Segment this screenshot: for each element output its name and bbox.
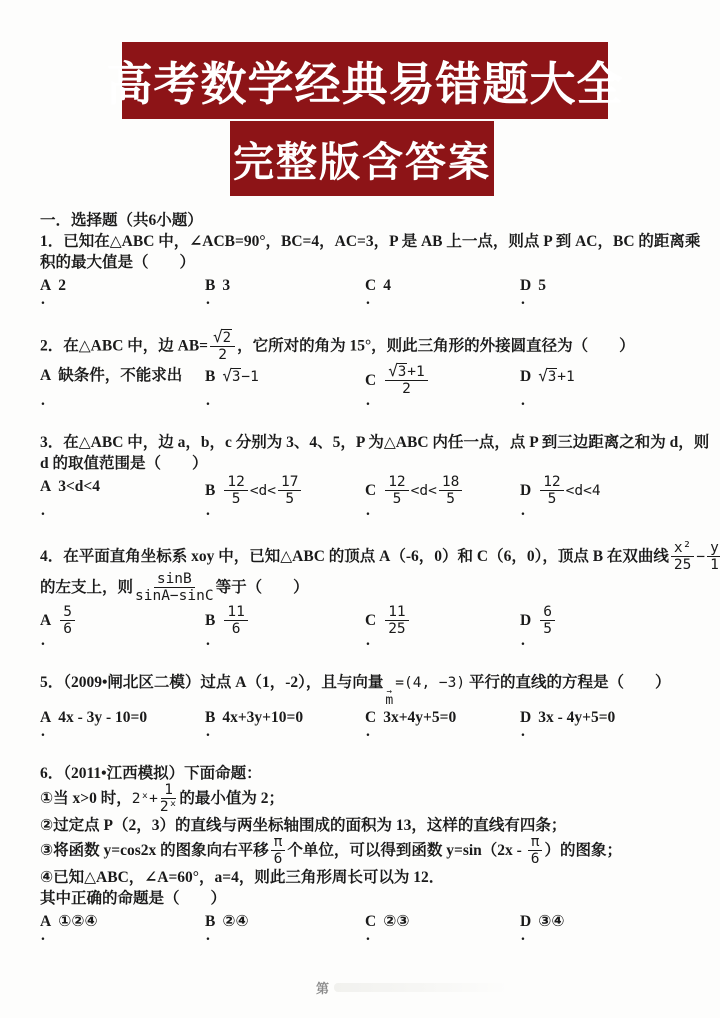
fraction: 185 (439, 475, 462, 506)
math-run: 6 (531, 851, 540, 867)
option-B: B②④. (205, 911, 365, 947)
math-run: <d<4 (566, 483, 601, 499)
option-label: C (365, 482, 376, 499)
option-period: . (41, 390, 45, 411)
question-line: 3．在△ABC 中，边 a，b，c 分别为 3、4、5，P 为△ABC 内任一点… (40, 432, 700, 453)
option-C: C√3+12. (365, 365, 520, 412)
fraction-numerator: 12 (540, 475, 563, 491)
option-period: . (206, 630, 210, 651)
fraction-numerator: √3+1 (385, 364, 428, 381)
options-row: A56.B116.C1125.D65. (40, 606, 700, 652)
fraction-denominator: 6 (232, 621, 241, 636)
option-period: . (521, 500, 525, 521)
fraction-numerator: sinB (154, 572, 195, 588)
option-A: A4x - 3y - 10=0. (40, 707, 205, 743)
text-run: 4x - 3y - 10=0 (58, 709, 147, 726)
math-run: y² (710, 541, 720, 555)
title-banner-top: 高考数学经典易错题大全 (122, 42, 608, 119)
math-run: 5 (543, 621, 552, 637)
option-period: . (41, 925, 45, 946)
page-footer: 第 (316, 978, 509, 997)
fraction: 116 (224, 605, 247, 636)
option-value: 4x+3y+10=0 (222, 709, 303, 726)
option-value: 125<d<4 (538, 482, 600, 499)
option-label: D (520, 368, 531, 385)
text-run: 积的最大值是（ ） (40, 254, 195, 271)
option-D: D√3+1. (520, 365, 700, 412)
question-1: 1．已知在△ABC 中，∠ACB=90°，BC=4，AC=3，P 是 AB 上一… (40, 231, 700, 311)
option-period: . (206, 500, 210, 521)
fraction-numerator: 11 (224, 605, 247, 621)
question-line: ④已知△ABC，∠A=60°，a=4，则此三角形周长可以为 12． (40, 867, 700, 888)
math-run: 12 (227, 475, 244, 489)
math-run: 25 (388, 621, 405, 637)
option-label: A (40, 612, 51, 629)
math-run: 25 (674, 557, 691, 573)
fraction-numerator: x² (671, 541, 694, 557)
fraction-denominator: 5 (548, 491, 557, 506)
question-line: 1．已知在△ABC 中，∠ACB=90°，BC=4，AC=3，P 是 AB 上一… (40, 231, 700, 252)
text-run: 3<d<4 (58, 478, 100, 495)
option-period: . (41, 500, 45, 521)
option-value: ②④ (222, 913, 248, 930)
question-line: 积的最大值是（ ） (40, 252, 700, 273)
option-B: B√3−1. (205, 365, 365, 412)
options-row: A缺条件，不能求出.B√3−1.C√3+12.D√3+1. (40, 365, 700, 412)
option-period: . (41, 289, 45, 310)
math-run: −1 (241, 369, 258, 385)
math-run: 5 (548, 491, 557, 507)
option-value: 2 (58, 277, 66, 294)
math-run: +1 (407, 365, 424, 379)
option-value: 56 (58, 612, 77, 629)
option-value: 5 (538, 277, 546, 294)
question-line: d 的取值范围是（ ） (40, 453, 700, 474)
question-line: ①当 x>0 时，2ˣ+12ˣ的最小值为 2； (40, 784, 700, 815)
option-value: 65 (538, 612, 557, 629)
options-row: A4x - 3y - 10=0.B4x+3y+10=0.C3x+4y+5=0.D… (40, 707, 700, 743)
math-run: <d< (411, 483, 437, 499)
option-D: D5. (520, 275, 700, 311)
fraction-denominator: 6 (63, 621, 72, 636)
option-value: ③④ (538, 913, 564, 930)
text-run: 3 (222, 277, 230, 294)
option-label: B (205, 612, 215, 629)
title-line2: 完整版含答案 (233, 129, 491, 188)
math-run: 5 (393, 491, 402, 507)
option-label: A (40, 478, 51, 495)
option-period: . (206, 721, 210, 742)
fraction-denominator: 5 (543, 621, 552, 636)
option-B: B3. (205, 275, 365, 311)
text-run: 平行的直线的方程是（ ） (465, 674, 670, 691)
option-C: C②③. (365, 911, 520, 947)
math-run: 11 (227, 605, 244, 619)
option-label: B (205, 368, 215, 385)
option-value: √3+12 (383, 372, 430, 389)
option-period: . (521, 630, 525, 651)
sqrt-expression: √2 (213, 330, 232, 345)
option-C: C1125. (365, 606, 520, 652)
text-run: 2．在△ABC 中，边 AB= (40, 338, 208, 355)
option-value: √3−1 (222, 368, 259, 385)
question-list: 1．已知在△ABC 中，∠ACB=90°，BC=4，AC=3，P 是 AB 上一… (40, 231, 700, 947)
fraction: 125 (540, 475, 563, 506)
fraction: 175 (278, 475, 301, 506)
option-A: A①②④. (40, 911, 205, 947)
radicand: 3 (231, 368, 241, 385)
option-period: . (206, 390, 210, 411)
math-run: 6 (63, 621, 72, 637)
math-run: 2ˣ (160, 799, 177, 815)
option-label: D (520, 612, 531, 629)
math-run: 11 (710, 557, 720, 573)
text-run: 的最小值为 2； (179, 790, 284, 807)
exam-content: 一．选择题（共6小题） 1．已知在△ABC 中，∠ACB=90°，BC=4，AC… (40, 210, 700, 947)
fraction-denominator: 25 (388, 621, 405, 636)
question-3: 3．在△ABC 中，边 a，b，c 分别为 3、4、5，P 为△ABC 内任一点… (40, 432, 700, 522)
option-D: D65. (520, 606, 700, 652)
question-5: 5．（2009•闸北区二模）过点 A（1，-2），且与向量→m=(4, −3) … (40, 672, 700, 743)
option-value: 3x - 4y+5=0 (538, 709, 615, 726)
radicand: 2 (222, 329, 232, 346)
math-run: 5 (446, 491, 455, 507)
option-value: 116 (222, 612, 249, 629)
vector-letter: m (385, 696, 393, 705)
math-run: 1 (164, 783, 173, 797)
fraction: sinBsinA−sinC (135, 572, 214, 603)
question-line: ③将函数 y=cos2x 的图象向右平移π6个单位，可以得到函数 y=sin（2… (40, 836, 700, 867)
math-run: 5 (285, 491, 294, 507)
option-period: . (521, 925, 525, 946)
radicand: 3 (397, 363, 407, 380)
option-A: A2. (40, 275, 205, 311)
fraction-numerator: π (528, 835, 543, 851)
option-period: . (521, 721, 525, 742)
options-row: A3<d<4.B125<d<175.C125<d<185.D125<d<4. (40, 476, 700, 522)
text-run: 3．在△ABC 中，边 a，b，c 分别为 3、4、5，P 为△ABC 内任一点… (40, 434, 709, 451)
title-line1: 高考数学经典易错题大全 (107, 48, 624, 114)
option-label: B (205, 482, 215, 499)
option-period: . (521, 289, 525, 310)
math-run: 2 (218, 347, 227, 363)
math-run: sinA−sinC (135, 588, 214, 604)
question-line: 5．（2009•闸北区二模）过点 A（1，-2），且与向量→m=(4, −3) … (40, 672, 700, 705)
math-run: x² (674, 541, 691, 555)
text-run: 等于（ ） (216, 579, 309, 596)
math-run: − (696, 549, 705, 565)
text-run: ②③ (383, 913, 409, 930)
sqrt-expression: √3 (538, 369, 557, 385)
fraction-denominator: sinA−sinC (135, 588, 214, 603)
fraction: π6 (528, 835, 543, 866)
fraction-denominator: 5 (232, 491, 241, 506)
question-line: 其中正确的命题是（ ） (40, 888, 700, 909)
option-value: 125<d<175 (222, 482, 303, 499)
section-header: 一．选择题（共6小题） (40, 210, 700, 231)
math-run: <d< (250, 483, 276, 499)
text-run: ④已知△ABC，∠A=60°，a=4，则此三角形周长可以为 12． (40, 869, 444, 886)
math-run: 12 (388, 475, 405, 489)
text-run: 个单位，可以得到函数 y=sin（2x - (287, 842, 525, 859)
math-run: 6 (232, 621, 241, 637)
fraction-denominator: 25 (674, 557, 691, 572)
fraction: x²25 (671, 541, 694, 572)
fraction-numerator: 5 (60, 605, 75, 621)
radicand: 3 (547, 368, 557, 385)
option-period: . (206, 925, 210, 946)
page-footer-label: 第 (316, 978, 329, 997)
fraction-denominator: 5 (285, 491, 294, 506)
option-label: D (520, 482, 531, 499)
question-line: 4．在平面直角坐标系 xoy 中，已知△ABC 的顶点 A（-6，0）和 C（6… (40, 542, 700, 573)
text-run: 其中正确的命题是（ ） (40, 890, 226, 907)
text-run: 4 (383, 277, 391, 294)
fraction-denominator: 6 (274, 851, 283, 866)
math-run: 11 (388, 605, 405, 619)
option-value: 3 (222, 277, 230, 294)
text-run: ）的图象； (544, 842, 622, 859)
option-D: D③④. (520, 911, 700, 947)
fraction: 125 (224, 475, 247, 506)
option-label: C (365, 612, 376, 629)
math-run: 6 (543, 605, 552, 619)
fraction-numerator: 11 (385, 605, 408, 621)
option-period: . (41, 721, 45, 742)
option-value: 3<d<4 (58, 478, 100, 495)
text-run: ，它所对的角为 15°，则此三角形的外接圆直径为（ ） (237, 338, 635, 355)
question-line: ②过定点 P（2，3）的直线与两坐标轴围成的面积为 13，这样的直线有四条； (40, 815, 700, 836)
options-row: A①②④.B②④.C②③.D③④. (40, 911, 700, 947)
fraction-denominator: 2 (218, 347, 227, 362)
option-period: . (366, 289, 370, 310)
question-6: 6．（2011•江西模拟）下面命题：①当 x>0 时，2ˣ+12ˣ的最小值为 2… (40, 763, 700, 947)
question-line: 2．在△ABC 中，边 AB=√22，它所对的角为 15°，则此三角形的外接圆直… (40, 331, 700, 363)
sqrt-expression: √3 (222, 369, 241, 385)
question-2: 2．在△ABC 中，边 AB=√22，它所对的角为 15°，则此三角形的外接圆直… (40, 331, 700, 412)
text-run: ②④ (222, 913, 248, 930)
text-run: 3x - 4y+5=0 (538, 709, 615, 726)
math-run: 17 (281, 475, 298, 489)
math-run: 2ˣ+ (132, 791, 158, 807)
fraction: 56 (60, 605, 75, 636)
option-label: C (365, 372, 376, 389)
option-A: A3<d<4. (40, 476, 205, 522)
option-A: A缺条件，不能求出. (40, 365, 205, 412)
fraction-denominator: 5 (446, 491, 455, 506)
math-run: sinB (157, 572, 192, 586)
option-value: 4 (383, 277, 391, 294)
option-period: . (521, 390, 525, 411)
vector-symbol: →m (385, 689, 393, 705)
fraction-numerator: 12 (224, 475, 247, 491)
option-value: 1125 (383, 612, 410, 629)
text-run: ①当 x>0 时， (40, 790, 132, 807)
fraction-numerator: 17 (278, 475, 301, 491)
text-run: d 的取值范围是（ ） (40, 455, 208, 472)
option-period: . (366, 390, 370, 411)
math-run: 5 (232, 491, 241, 507)
option-C: C125<d<185. (365, 476, 520, 522)
text-run: 2 (58, 277, 66, 294)
text-run: 1．已知在△ABC 中，∠ACB=90°，BC=4，AC=3，P 是 AB 上一… (40, 233, 700, 250)
options-row: A2.B3.C4.D5. (40, 275, 700, 311)
text-run: 6．（2011•江西模拟）下面命题： (40, 765, 262, 782)
fraction-denominator: 6 (531, 851, 540, 866)
fraction-denominator: 2 (402, 381, 411, 396)
text-run: 3x+4y+5=0 (383, 709, 456, 726)
math-run: 5 (63, 605, 72, 619)
fraction-numerator: 18 (439, 475, 462, 491)
option-B: B4x+3y+10=0. (205, 707, 365, 743)
option-C: C4. (365, 275, 520, 311)
fraction-denominator: 2ˣ (160, 799, 177, 814)
question-line: 6．（2011•江西模拟）下面命题： (40, 763, 700, 784)
option-period: . (366, 925, 370, 946)
option-value: ①②④ (58, 913, 97, 930)
option-period: . (366, 630, 370, 651)
text-run: 4x+3y+10=0 (222, 709, 303, 726)
option-value: 4x - 3y - 10=0 (58, 709, 147, 726)
fraction-denominator: 5 (393, 491, 402, 506)
math-run: 2 (402, 381, 411, 397)
sqrt-expression: √3 (388, 364, 407, 379)
option-value: √3+1 (538, 368, 575, 385)
text-run: ③将函数 y=cos2x 的图象向右平移 (40, 842, 269, 859)
fraction-numerator: 1 (161, 783, 176, 799)
math-run: π (531, 835, 540, 849)
fraction: 12ˣ (160, 783, 177, 814)
math-run: 6 (274, 851, 283, 867)
option-period: . (41, 630, 45, 651)
text-run: ③④ (538, 913, 564, 930)
math-run: π (274, 835, 283, 849)
fraction: 65 (540, 605, 555, 636)
footer-smudge (334, 983, 509, 992)
document-page: 高考数学经典易错题大全 完整版含答案 一．选择题（共6小题） 1．已知在△ABC… (0, 0, 720, 1018)
text-run: ①②④ (58, 913, 97, 930)
text-run: ②过定点 P（2，3）的直线与两坐标轴围成的面积为 13，这样的直线有四条； (40, 817, 566, 834)
text-run: 5．（2009•闸北区二模）过点 A（1，-2），且与向量 (40, 674, 383, 691)
text-run: 4．在平面直角坐标系 xoy 中，已知△ABC 的顶点 A（-6，0）和 C（6… (40, 548, 669, 565)
fraction-numerator: y² (707, 541, 720, 557)
fraction-numerator: π (271, 835, 286, 851)
option-C: C3x+4y+5=0. (365, 707, 520, 743)
fraction-numerator: 6 (540, 605, 555, 621)
text-run: 5 (538, 277, 546, 294)
fraction: 125 (385, 475, 408, 506)
option-value: 缺条件，不能求出 (58, 367, 182, 384)
option-label: A (40, 367, 51, 384)
option-value: 125<d<185 (383, 482, 464, 499)
fraction: 1125 (385, 605, 408, 636)
text-run: 缺条件，不能求出 (58, 367, 182, 384)
math-run: 18 (442, 475, 459, 489)
option-B: B125<d<175. (205, 476, 365, 522)
fraction: y²11 (707, 541, 720, 572)
fraction-numerator: 12 (385, 475, 408, 491)
option-period: . (206, 289, 210, 310)
math-run: 12 (543, 475, 560, 489)
math-run: =(4, −3) (395, 675, 465, 691)
question-4: 4．在平面直角坐标系 xoy 中，已知△ABC 的顶点 A（-6，0）和 C（6… (40, 542, 700, 652)
option-A: A56. (40, 606, 205, 652)
fraction: √3+12 (385, 364, 428, 396)
option-period: . (366, 721, 370, 742)
math-run: +1 (557, 369, 574, 385)
option-period: . (366, 500, 370, 521)
fraction-numerator: √2 (210, 330, 235, 347)
fraction-denominator: 11 (710, 557, 720, 572)
fraction: √22 (210, 330, 235, 362)
text-run: 的左支上，则 (40, 579, 133, 596)
question-line: 的左支上，则sinBsinA−sinC等于（ ） (40, 573, 700, 604)
option-B: B116. (205, 606, 365, 652)
option-D: D3x - 4y+5=0. (520, 707, 700, 743)
option-D: D125<d<4. (520, 476, 700, 522)
option-value: 3x+4y+5=0 (383, 709, 456, 726)
fraction: π6 (271, 835, 286, 866)
title-banner-bottom: 完整版含答案 (230, 121, 494, 196)
option-value: ②③ (383, 913, 409, 930)
